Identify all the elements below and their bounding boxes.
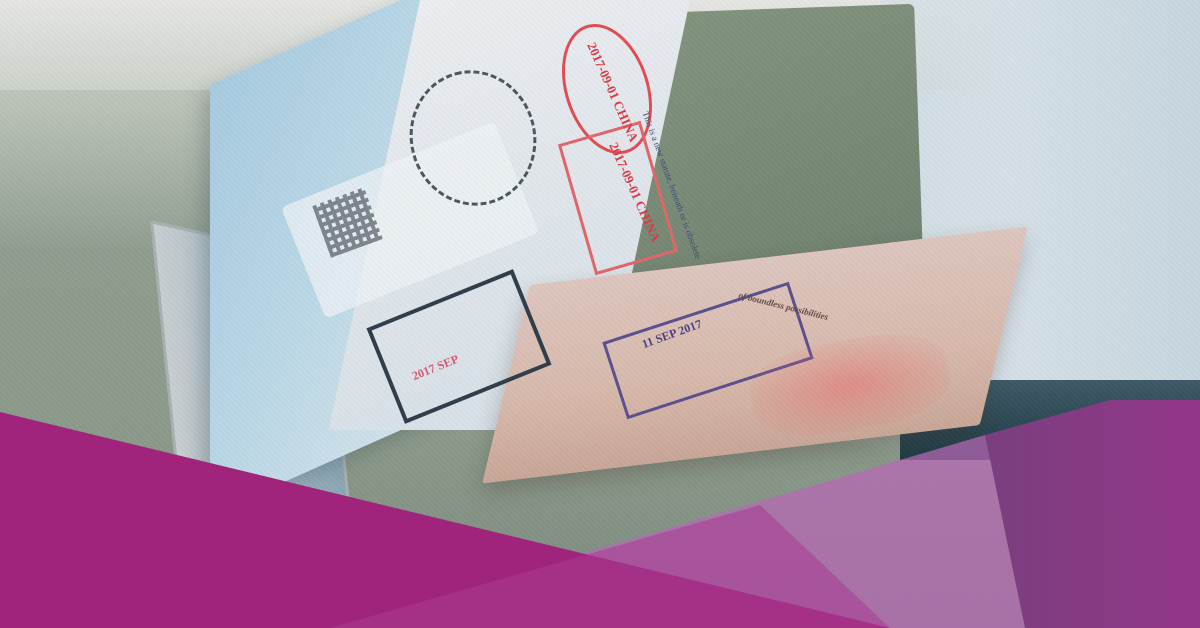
passport-photo: 2017-09-01 CHINA 2017-09-01 CHINA This i… (0, 0, 1200, 628)
photo-grain (0, 0, 1200, 628)
